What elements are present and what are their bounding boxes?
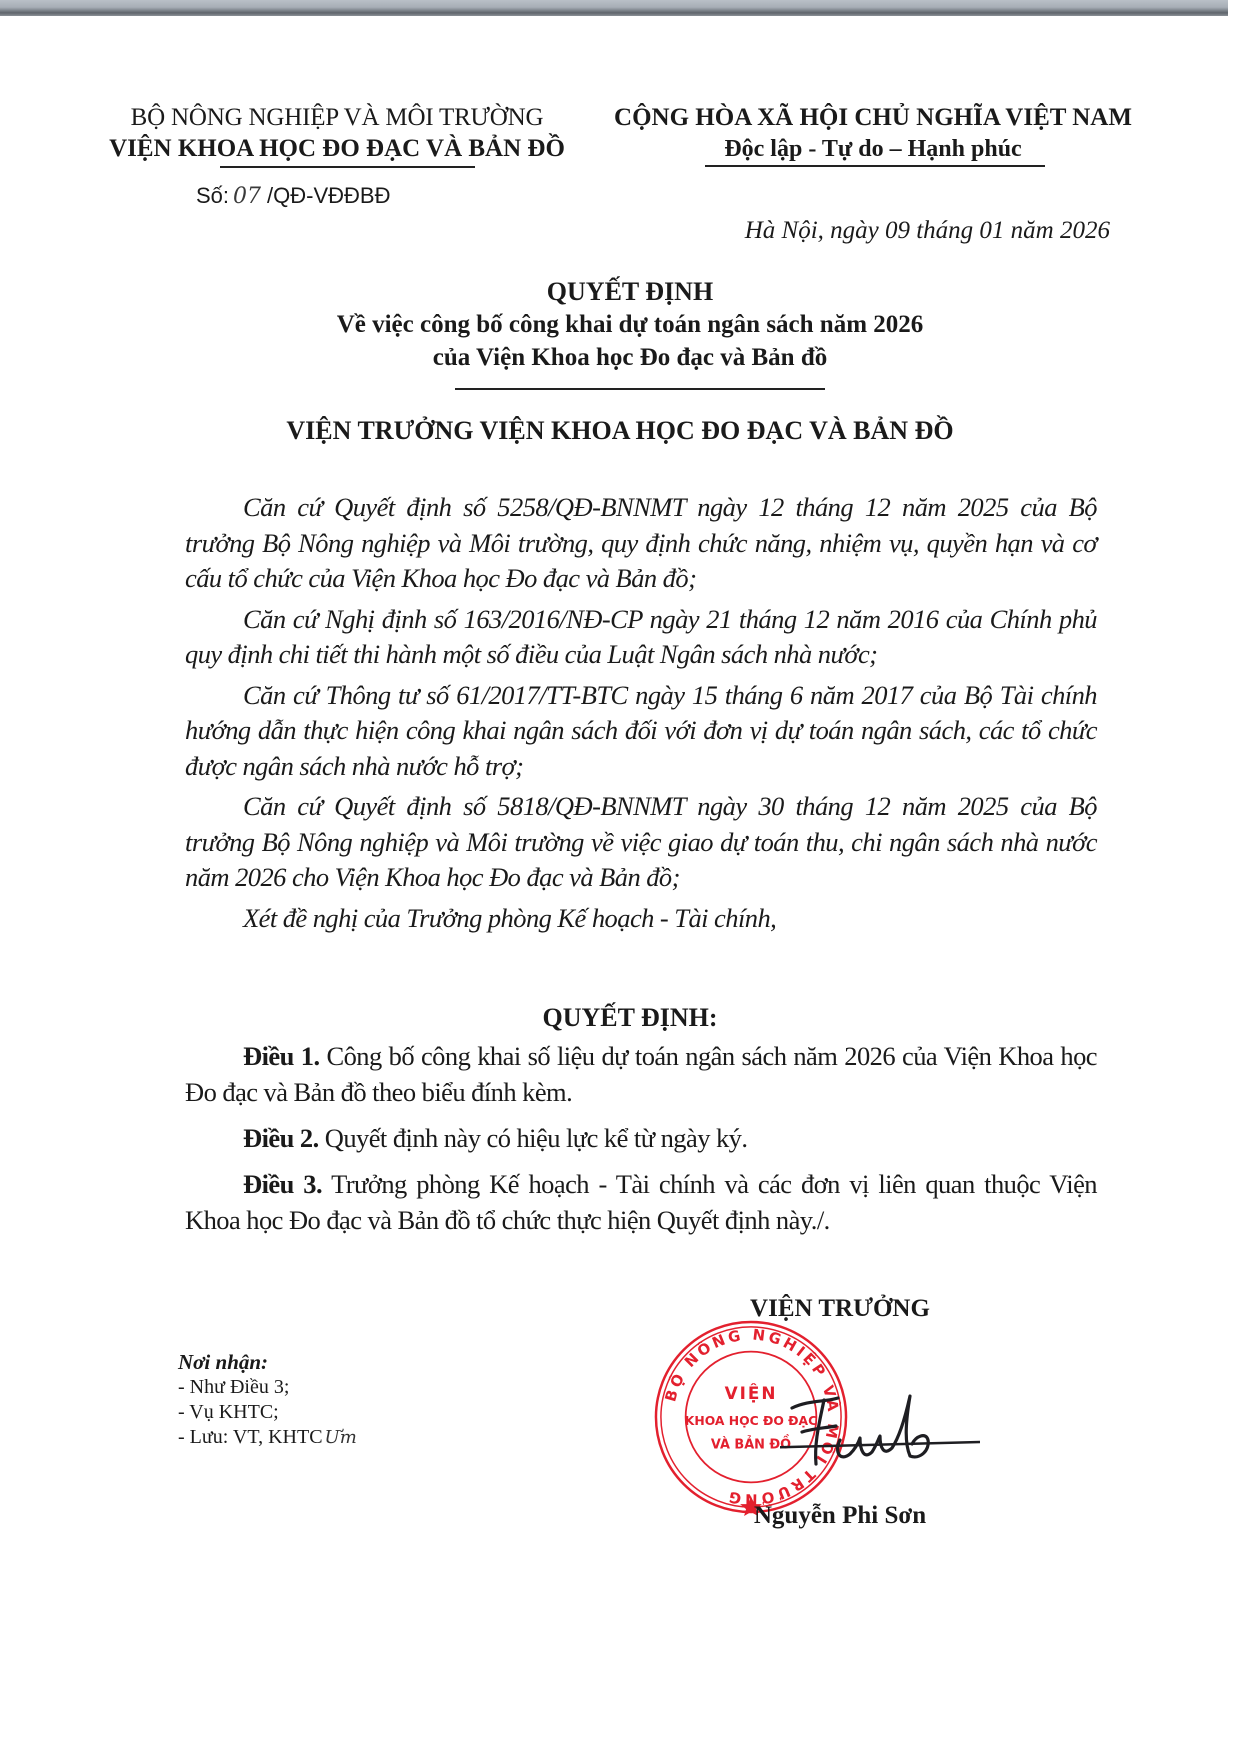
- national-header-block: CỘNG HÒA XÃ HỘI CHỦ NGHĨA VIỆT NAM Độc l…: [588, 103, 1158, 167]
- preamble: Căn cứ Quyết định số 5258/QĐ-BNNMT ngày …: [185, 490, 1097, 941]
- preamble-clause: Căn cứ Nghị định số 163/2016/NĐ-CP ngày …: [185, 602, 1097, 673]
- document-subject-line-2: của Viện Khoa học Đo đạc và Bản đồ: [180, 341, 1080, 374]
- motto-underline: [705, 165, 1045, 167]
- recipients-title: Nơi nhận:: [178, 1350, 478, 1375]
- ministry-name: BỘ NÔNG NGHIỆP VÀ MÔI TRƯỜNG: [92, 103, 582, 133]
- recipient-item: - Lưu: VT, KHTCƯm: [178, 1425, 478, 1450]
- title-divider: [455, 388, 825, 390]
- preamble-clause: Căn cứ Quyết định số 5818/QĐ-BNNMT ngày …: [185, 789, 1097, 896]
- issuing-agency-block: BỘ NÔNG NGHIỆP VÀ MÔI TRƯỜNG VIỆN KHOA H…: [92, 103, 582, 168]
- preamble-clause: Căn cứ Quyết định số 5258/QĐ-BNNMT ngày …: [185, 490, 1097, 597]
- document-title-block: QUYẾT ĐỊNH Về việc công bố công khai dự …: [180, 276, 1080, 390]
- recipient-item: - Như Điều 3;: [178, 1375, 478, 1400]
- article-text: Công bố công khai số liệu dự toán ngân s…: [185, 1041, 1097, 1107]
- article-3: Điều 3. Trưởng phòng Kế hoạch - Tài chín…: [185, 1166, 1097, 1238]
- article-label: Điều 1.: [243, 1041, 320, 1071]
- agency-underline: [220, 166, 475, 168]
- seal-line-1: VIỆN: [725, 1382, 778, 1403]
- document-subject-line-1: Về việc công bố công khai dự toán ngân s…: [180, 308, 1080, 341]
- document-title: QUYẾT ĐỊNH: [180, 276, 1080, 308]
- handwritten-signature-icon: [780, 1380, 980, 1490]
- national-motto: Độc lập - Tự do – Hạnh phúc: [588, 133, 1158, 165]
- number-suffix: /QĐ-VĐĐBĐ: [267, 183, 390, 208]
- preamble-clause: Căn cứ Thông tư số 61/2017/TT-BTC ngày 1…: [185, 678, 1097, 785]
- recipients-block: Nơi nhận: - Như Điều 3; - Vụ KHTC; - Lưu…: [178, 1350, 478, 1450]
- nation-name: CỘNG HÒA XÃ HỘI CHỦ NGHĨA VIỆT NAM: [588, 103, 1158, 133]
- articles: Điều 1. Công bố công khai số liệu dự toá…: [185, 1038, 1097, 1248]
- article-text: Quyết định này có hiệu lực kể từ ngày ký…: [319, 1123, 748, 1153]
- article-label: Điều 3.: [243, 1169, 322, 1199]
- article-2: Điều 2. Quyết định này có hiệu lực kể từ…: [185, 1120, 1097, 1156]
- number-handwritten: 07: [233, 184, 261, 209]
- preamble-clause: Xét đề nghị của Trưởng phòng Kế hoạch - …: [185, 901, 1097, 937]
- institute-name: VIỆN KHOA HỌC ĐO ĐẠC VÀ BẢN ĐỒ: [92, 133, 582, 165]
- handwritten-initials: Ưm: [325, 1427, 357, 1448]
- document-number: Số:07/QĐ-VĐĐBĐ: [196, 180, 390, 213]
- issuing-authority: VIỆN TRƯỞNG VIỆN KHOA HỌC ĐO ĐẠC VÀ BẢN …: [180, 415, 1060, 447]
- article-1: Điều 1. Công bố công khai số liệu dự toá…: [185, 1038, 1097, 1110]
- decision-heading: QUYẾT ĐỊNH:: [180, 1002, 1080, 1034]
- recipient-item: - Vụ KHTC;: [178, 1400, 478, 1425]
- scanner-edge-bar: [0, 0, 1228, 16]
- number-prefix: Số:: [196, 183, 229, 208]
- signer-name: Nguyễn Phi Sơn: [700, 1500, 980, 1532]
- article-label: Điều 2.: [243, 1123, 319, 1153]
- article-text: Trưởng phòng Kế hoạch - Tài chính và các…: [185, 1169, 1097, 1235]
- place-date: Hà Nội, ngày 09 tháng 01 năm 2026: [690, 215, 1110, 247]
